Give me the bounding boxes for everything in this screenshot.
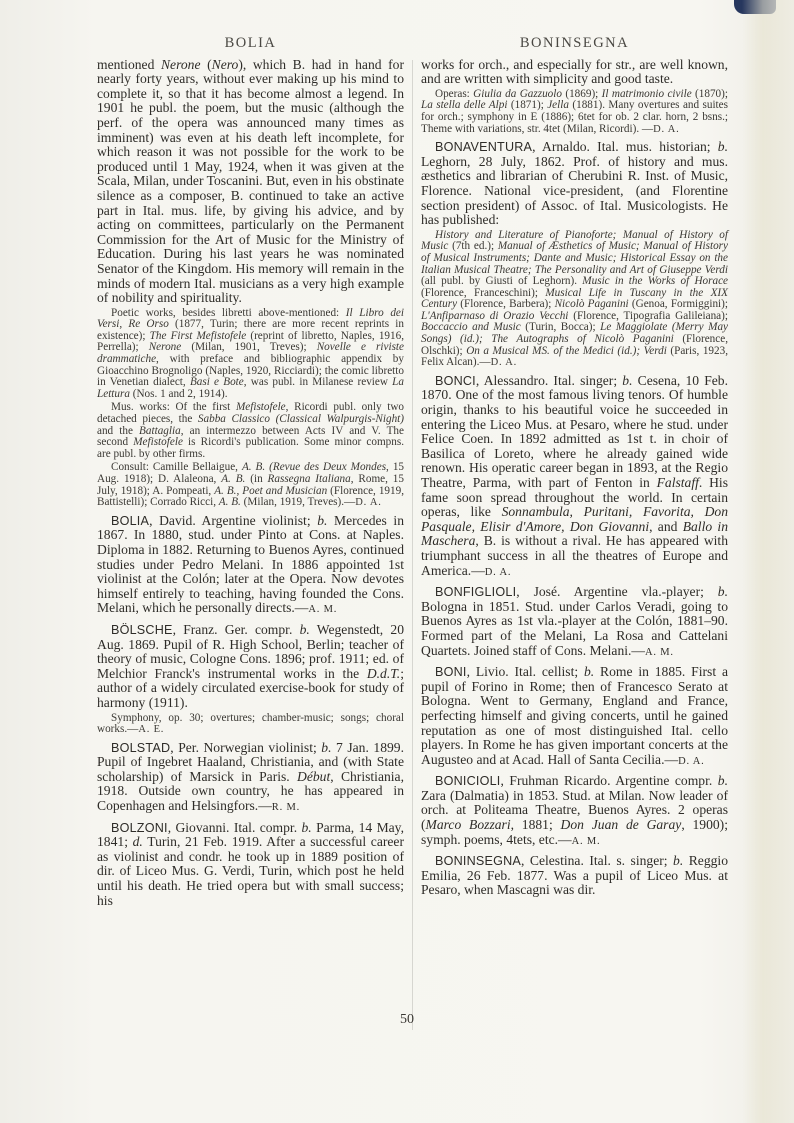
bonaventura-publications: History and Literature of Pianoforte; Ma… <box>421 230 728 369</box>
entry-boni: BONI, Livio. Ital. cellist; b. Rome in 1… <box>421 665 728 769</box>
page-edge-shading <box>742 0 794 1123</box>
headword: BÖLSCHE <box>111 623 173 637</box>
left-column: BOLIA mentioned Nerone (Nero), which B. … <box>97 36 404 908</box>
headword: BOLZONI <box>111 821 168 835</box>
headword: BOLSTAD <box>111 741 170 755</box>
headword: BONCI <box>435 374 476 388</box>
entry-boninsegna: BONINSEGNA, Celestina. Ital. s. singer; … <box>421 854 728 898</box>
headword: BONICIOLI <box>435 774 500 788</box>
column-divider <box>412 60 413 1030</box>
musical-works: Mus. works: Of the first Mefistofele, Ri… <box>97 402 404 460</box>
dictionary-page: BOLIA mentioned Nerone (Nero), which B. … <box>0 0 794 1123</box>
poetic-works: Poetic works, besides libretti above-men… <box>97 308 404 401</box>
headword: BONI <box>435 665 467 679</box>
entry-bolia: BOLIA, David. Argentine violinist; b. Me… <box>97 514 404 618</box>
entry-bonaventura: BONAVENTURA, Arnaldo. Ital. mus. histori… <box>421 140 728 228</box>
headword: BOLIA <box>111 514 149 528</box>
entry-boito-continuation: mentioned Nerone (Nero), which B. had in… <box>97 58 404 306</box>
headword: BONFIGLIOLI <box>435 585 516 599</box>
page-number: 50 <box>400 1012 414 1028</box>
entry-bonicioli: BONICIOLI, Fruhman Ricardo. Argentine co… <box>421 774 728 849</box>
right-column: BONINSEGNA works for orch., and especial… <box>421 36 728 898</box>
entry-bolstad: BOLSTAD, Per. Norwegian violinist; b. 7 … <box>97 741 404 816</box>
consult-references: Consult: Camille Bellaigue, A. B. (Revue… <box>97 462 404 508</box>
headword: BONINSEGNA <box>435 854 521 868</box>
running-head-left: BOLIA <box>97 36 404 51</box>
entry-bolzoni-continuation: works for orch., and especially for str.… <box>421 58 728 87</box>
entry-bonci: BONCI, Alessandro. Ital. singer; b. Cese… <box>421 374 728 580</box>
entry-bolzoni: BOLZONI, Giovanni. Ital. compr. b. Parma… <box>97 821 404 909</box>
headword: BONAVENTURA <box>435 140 532 154</box>
bolsche-works: Symphony, op. 30; overtures; chamber-mus… <box>97 713 404 736</box>
running-head-right: BONINSEGNA <box>421 36 728 51</box>
entry-bolsche: BÖLSCHE, Franz. Ger. compr. b. Wegensted… <box>97 623 404 711</box>
bolzoni-operas: Operas: Giulia da Gazzuolo (1869); Il ma… <box>421 89 728 135</box>
entry-bonfiglioli: BONFIGLIOLI, José. Argentine vla.-player… <box>421 585 728 660</box>
